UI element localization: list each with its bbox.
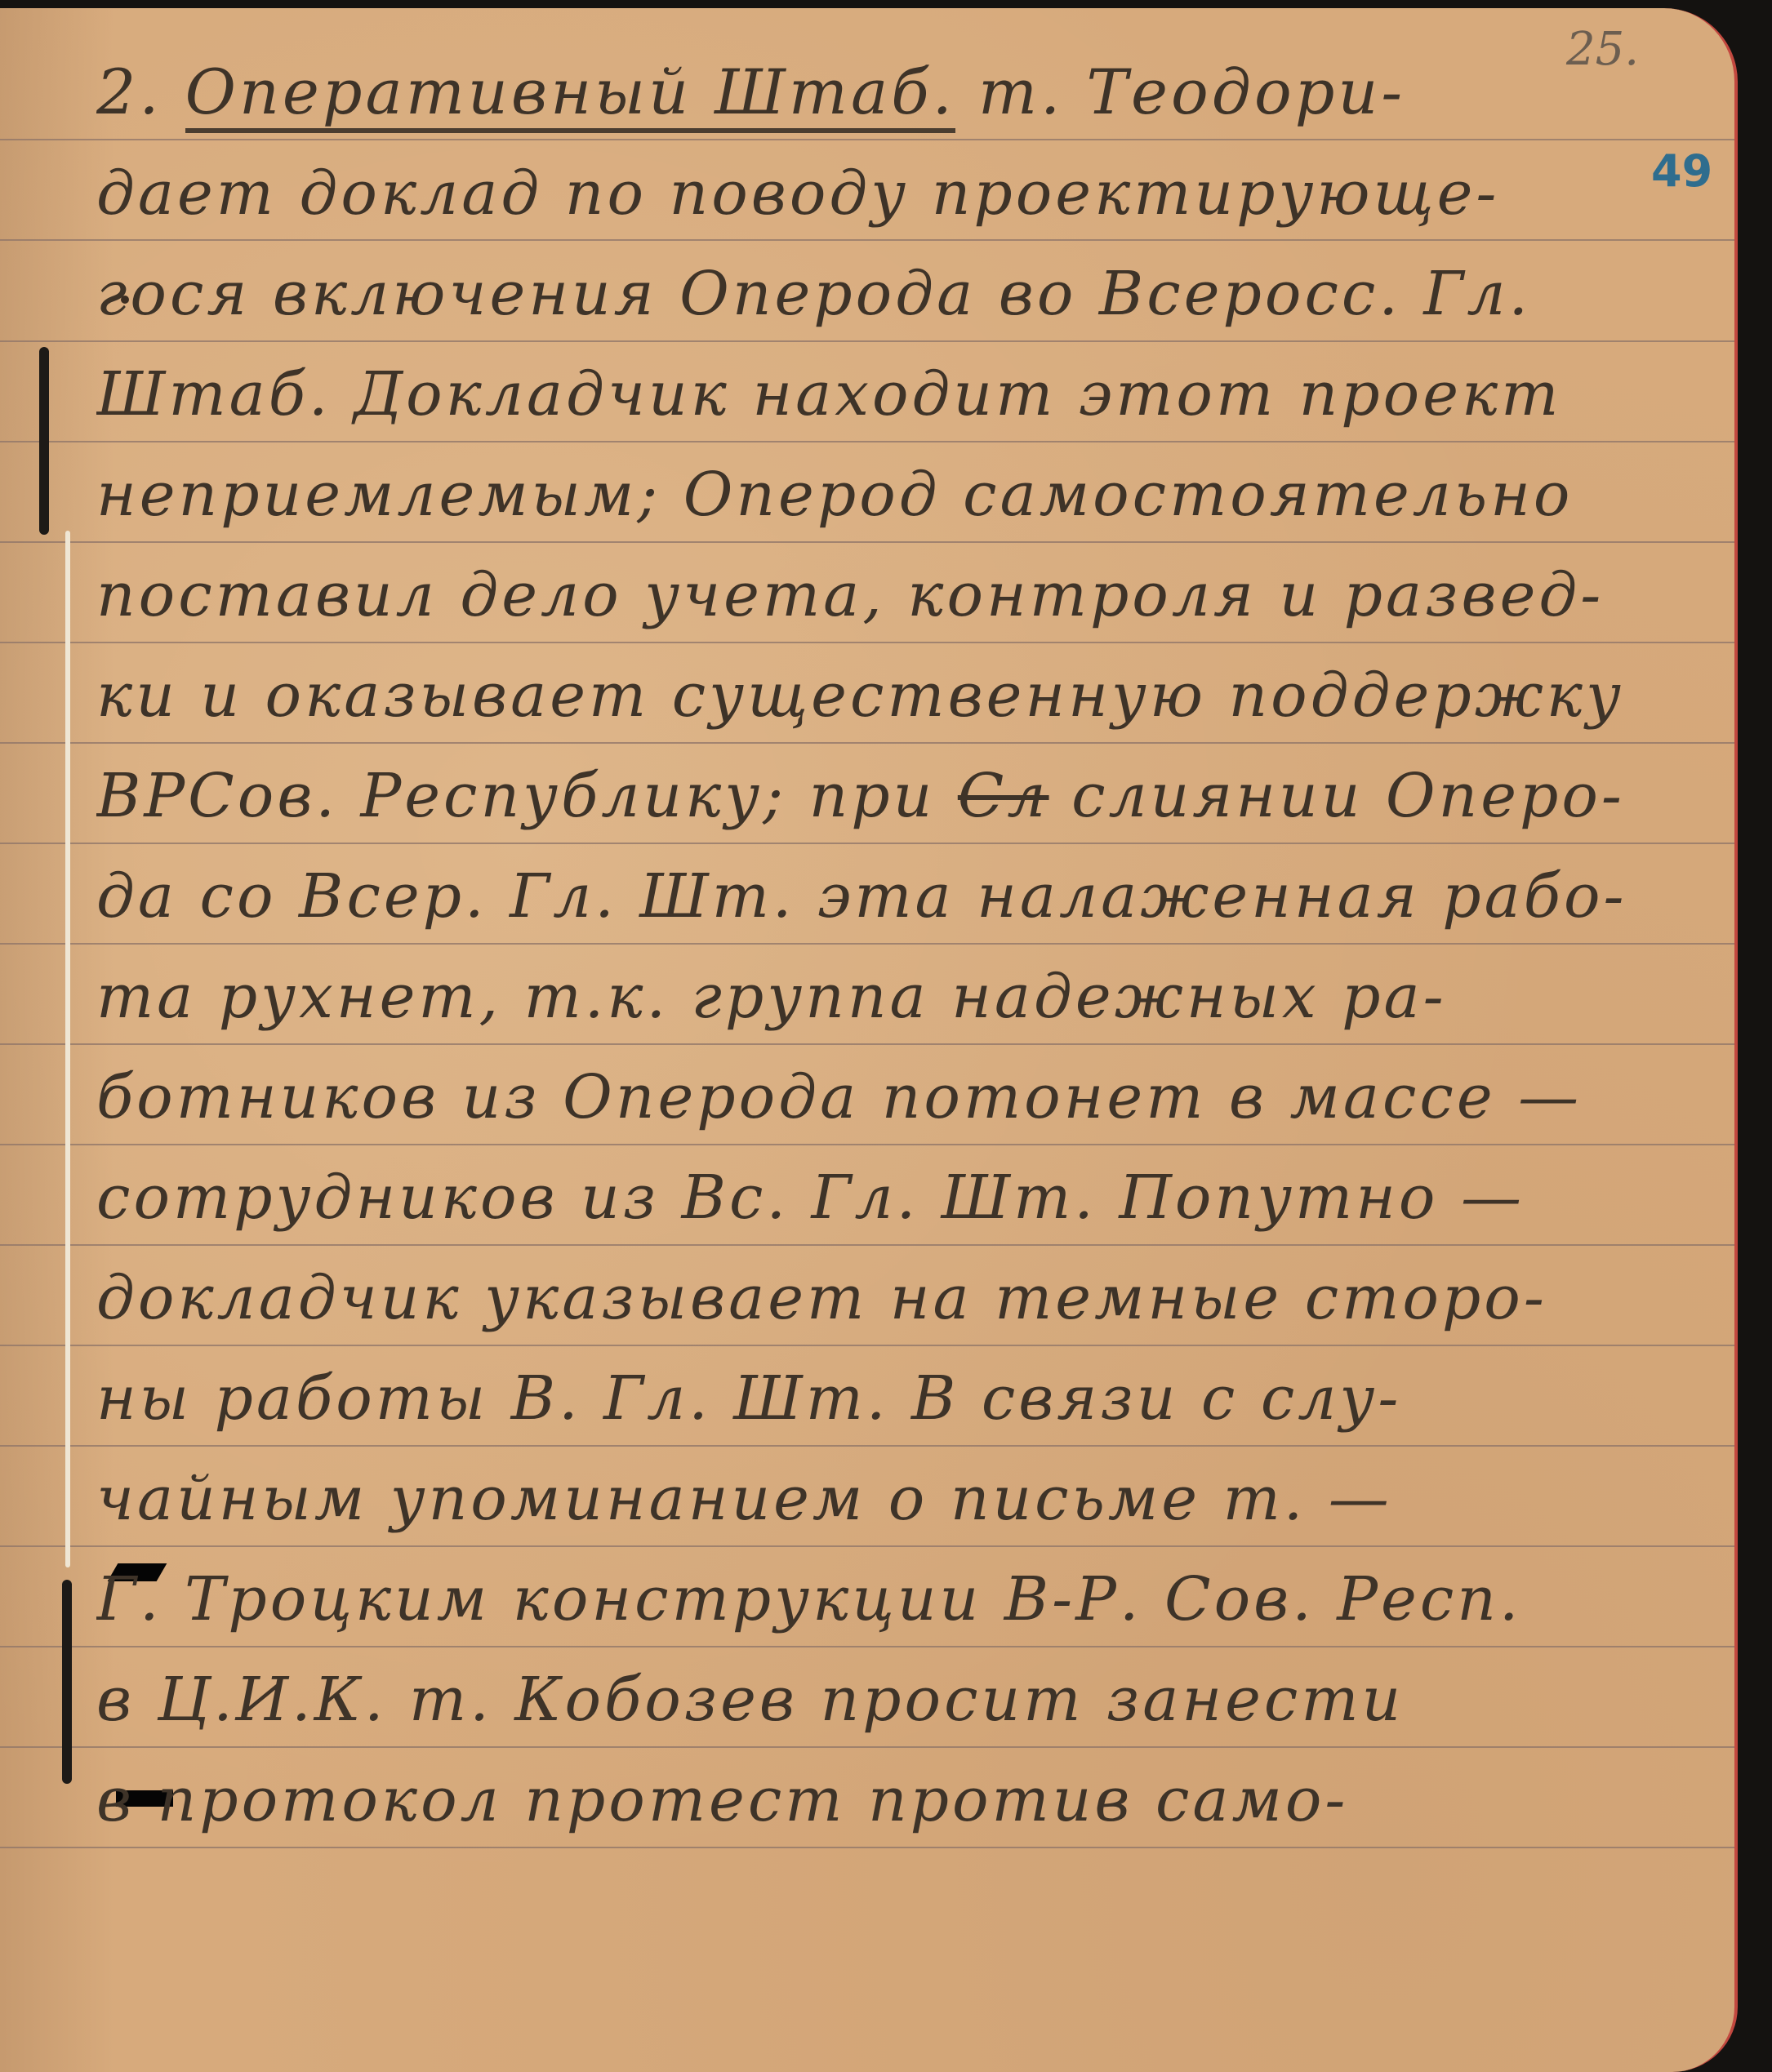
- staple-top: [39, 347, 49, 535]
- ruled-line: [0, 843, 1734, 844]
- item-number: 2.: [96, 56, 185, 128]
- handwritten-line-6: поставил дело учета, контроля и развед-: [96, 550, 1697, 640]
- handwritten-line-16: Г. Троцким конструкции В-Р. Сов. Респ.: [96, 1554, 1697, 1644]
- handwritten-line-18: в протокол протест против само-: [96, 1755, 1697, 1845]
- handwritten-line-15: чайным упоминанием о письме т. —: [96, 1454, 1697, 1544]
- handwritten-line-2: дает доклад по поводу проектирующе-: [96, 149, 1697, 238]
- binding-thread: [65, 531, 70, 1567]
- handwritten-line-1: 2. Оперативный Штаб. т. Теодори-: [96, 47, 1697, 137]
- ruled-line: [0, 1646, 1734, 1647]
- handwritten-line-4: Штаб. Докладчик находит этот проект: [96, 349, 1697, 439]
- ruled-line: [0, 139, 1734, 140]
- line-8-end: слиянии Оперо-: [1049, 761, 1625, 831]
- handwritten-line-3: гося включения Оперода во Всеросс. Гл.: [96, 249, 1697, 339]
- handwritten-line-12: сотрудников из Вс. Гл. Шт. Попутно —: [96, 1153, 1697, 1243]
- handwritten-line-11: ботников из Оперода потонет в массе —: [96, 1052, 1697, 1142]
- handwritten-line-13: докладчик указывает на темные сторо-: [96, 1253, 1697, 1343]
- line-continuation: т. Теодори-: [955, 56, 1405, 128]
- handwritten-line-8: ВРСов. Республику; при Сл слиянии Оперо-: [96, 751, 1697, 841]
- ruled-line: [0, 1746, 1734, 1748]
- ruled-line: [0, 1545, 1734, 1547]
- section-title: Оперативный Штаб.: [185, 56, 955, 133]
- ruled-line: [0, 541, 1734, 543]
- handwritten-line-9: да со Всер. Гл. Шт. эта налаженная рабо-: [96, 851, 1697, 941]
- ruled-line: [0, 441, 1734, 442]
- ruled-line: [0, 943, 1734, 945]
- ruled-line: [0, 1345, 1734, 1346]
- ruled-line: [0, 1144, 1734, 1145]
- ruled-line: [0, 1847, 1734, 1848]
- handwritten-line-14: ны работы В. Гл. Шт. В связи с слу-: [96, 1354, 1697, 1443]
- ruled-line: [0, 239, 1734, 241]
- ruled-line: [0, 1043, 1734, 1045]
- handwritten-line-10: та рухнет, т.к. группа надежных ра-: [96, 952, 1697, 1042]
- ruled-line: [0, 742, 1734, 744]
- handwritten-line-17: в Ц.И.К. т. Кобозев просит занести: [96, 1655, 1697, 1745]
- line-8-start: ВРСов. Республику; при: [96, 761, 958, 831]
- handwritten-line-7: ки и оказывает существенную поддержку: [96, 651, 1697, 740]
- ruled-line: [0, 340, 1734, 342]
- ruled-line: [0, 1445, 1734, 1447]
- struck-out-text: Сл: [958, 761, 1049, 831]
- ruled-line: [0, 642, 1734, 643]
- handwritten-line-5: неприемлемым; Оперод самостоятельно: [96, 450, 1697, 540]
- notebook-page: 25. 49 2. Оперативный Штаб. т. Теодори- …: [0, 8, 1738, 2072]
- ruled-line: [0, 1244, 1734, 1246]
- staple-bottom: [62, 1580, 72, 1784]
